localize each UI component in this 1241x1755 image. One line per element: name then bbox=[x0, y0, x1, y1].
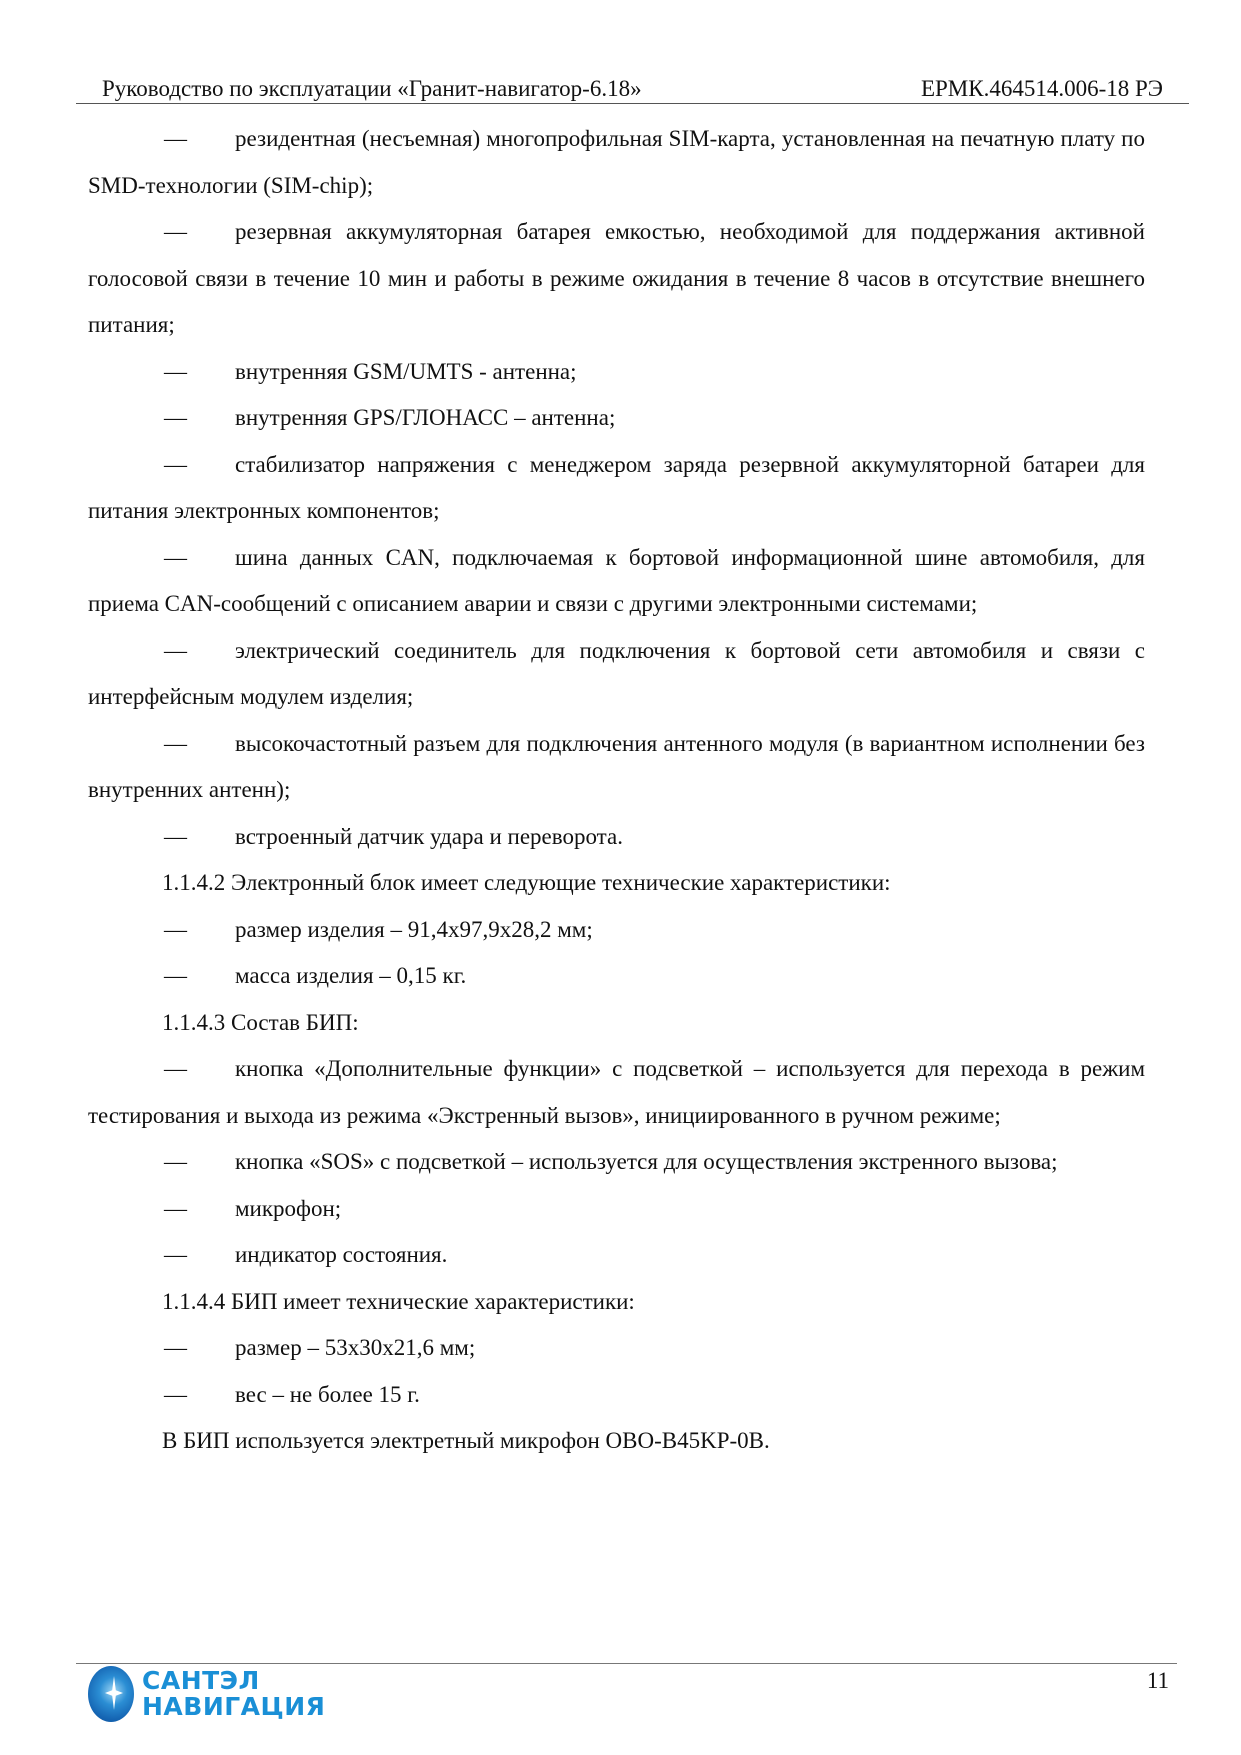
paragraph-text: резидентная (несъемная) многопрофильная … bbox=[88, 126, 1145, 198]
paragraph-text: 1.1.4.2 Электронный блок имеет следующие… bbox=[162, 870, 891, 895]
paragraph-text: масса изделия – 0,15 кг. bbox=[235, 963, 466, 988]
list-item: —индикатор состояния. bbox=[88, 1232, 1145, 1279]
section-paragraph: В БИП используется электретный микрофон … bbox=[88, 1418, 1145, 1465]
bullet-dash: — bbox=[164, 395, 235, 442]
list-item: —встроенный датчик удара и переворота. bbox=[88, 814, 1145, 861]
bullet-dash: — bbox=[164, 814, 235, 861]
document-body: —резидентная (несъемная) многопрофильная… bbox=[88, 116, 1145, 1465]
paragraph-text: вес – не более 15 г. bbox=[235, 1382, 420, 1407]
paragraph-text: электрический соединитель для подключени… bbox=[88, 638, 1145, 710]
paragraph-text: внутренняя GPS/ГЛОНАСС – антенна; bbox=[235, 405, 615, 430]
page-header: Руководство по эксплуатации «Гранит-нави… bbox=[76, 74, 1189, 104]
bullet-dash: — bbox=[164, 1186, 235, 1233]
bullet-dash: — bbox=[164, 953, 235, 1000]
list-item: —кнопка «SOS» с подсветкой – используетс… bbox=[88, 1139, 1145, 1186]
footer-divider bbox=[76, 1663, 1177, 1664]
paragraph-text: кнопка «SOS» с подсветкой – используется… bbox=[235, 1149, 1058, 1174]
bullet-dash: — bbox=[164, 1325, 235, 1372]
document-title: Руководство по эксплуатации «Гранит-нави… bbox=[102, 74, 642, 103]
bullet-dash: — bbox=[164, 628, 235, 675]
paragraph-text: встроенный датчик удара и переворота. bbox=[235, 824, 623, 849]
paragraph-text: внутренняя GSM/UMTS - антенна; bbox=[235, 359, 577, 384]
bullet-dash: — bbox=[164, 442, 235, 489]
paragraph-text: резервная аккумуляторная батарея емкость… bbox=[88, 219, 1145, 337]
list-item: —электрический соединитель для подключен… bbox=[88, 628, 1145, 721]
bullet-dash: — bbox=[164, 721, 235, 768]
bullet-dash: — bbox=[164, 116, 235, 163]
paragraph-text: высокочастотный разъем для подключения а… bbox=[88, 731, 1145, 803]
paragraph-text: размер изделия – 91,4х97,9х28,2 мм; bbox=[235, 917, 593, 942]
paragraph-text: индикатор состояния. bbox=[235, 1242, 447, 1267]
bullet-dash: — bbox=[164, 1139, 235, 1186]
paragraph-text: размер – 53х30х21,6 мм; bbox=[235, 1335, 475, 1360]
document-code: ЕРМК.464514.006-18 РЭ bbox=[921, 74, 1163, 103]
logo-line-1: САНТЭЛ bbox=[142, 1668, 325, 1694]
list-item: —размер изделия – 91,4х97,9х28,2 мм; bbox=[88, 907, 1145, 954]
bullet-dash: — bbox=[164, 907, 235, 954]
list-item: —шина данных CAN, подключаемая к бортово… bbox=[88, 535, 1145, 628]
section-paragraph: 1.1.4.3 Состав БИП: bbox=[88, 1000, 1145, 1047]
section-paragraph: 1.1.4.2 Электронный блок имеет следующие… bbox=[88, 860, 1145, 907]
globe-star-icon bbox=[88, 1666, 134, 1722]
list-item: —стабилизатор напряжения с менеджером за… bbox=[88, 442, 1145, 535]
list-item: —масса изделия – 0,15 кг. bbox=[88, 953, 1145, 1000]
section-paragraph: 1.1.4.4 БИП имеет технические характерис… bbox=[88, 1279, 1145, 1326]
company-logo: САНТЭЛ НАВИГАЦИЯ bbox=[88, 1666, 325, 1722]
page-number: 11 bbox=[1147, 1666, 1169, 1696]
list-item: —кнопка «Дополнительные функции» с подсв… bbox=[88, 1046, 1145, 1139]
bullet-dash: — bbox=[164, 535, 235, 582]
list-item: —внутренняя GPS/ГЛОНАСС – антенна; bbox=[88, 395, 1145, 442]
list-item: —внутренняя GSM/UMTS - антенна; bbox=[88, 349, 1145, 396]
paragraph-text: кнопка «Дополнительные функции» с подсве… bbox=[88, 1056, 1145, 1128]
list-item: —микрофон; bbox=[88, 1186, 1145, 1233]
bullet-dash: — bbox=[164, 209, 235, 256]
bullet-dash: — bbox=[164, 1232, 235, 1279]
list-item: —резервная аккумуляторная батарея емкост… bbox=[88, 209, 1145, 349]
list-item: —размер – 53х30х21,6 мм; bbox=[88, 1325, 1145, 1372]
list-item: —вес – не более 15 г. bbox=[88, 1372, 1145, 1419]
paragraph-text: микрофон; bbox=[235, 1196, 341, 1221]
paragraph-text: 1.1.4.3 Состав БИП: bbox=[162, 1010, 359, 1035]
paragraph-text: шина данных CAN, подключаемая к бортовой… bbox=[88, 545, 1145, 617]
bullet-dash: — bbox=[164, 1046, 235, 1093]
paragraph-text: 1.1.4.4 БИП имеет технические характерис… bbox=[162, 1289, 635, 1314]
list-item: —резидентная (несъемная) многопрофильная… bbox=[88, 116, 1145, 209]
paragraph-text: В БИП используется электретный микрофон … bbox=[162, 1428, 770, 1453]
logo-line-2: НАВИГАЦИЯ bbox=[142, 1694, 325, 1720]
bullet-dash: — bbox=[164, 349, 235, 396]
bullet-dash: — bbox=[164, 1372, 235, 1419]
paragraph-text: стабилизатор напряжения с менеджером зар… bbox=[88, 452, 1145, 524]
list-item: —высокочастотный разъем для подключения … bbox=[88, 721, 1145, 814]
